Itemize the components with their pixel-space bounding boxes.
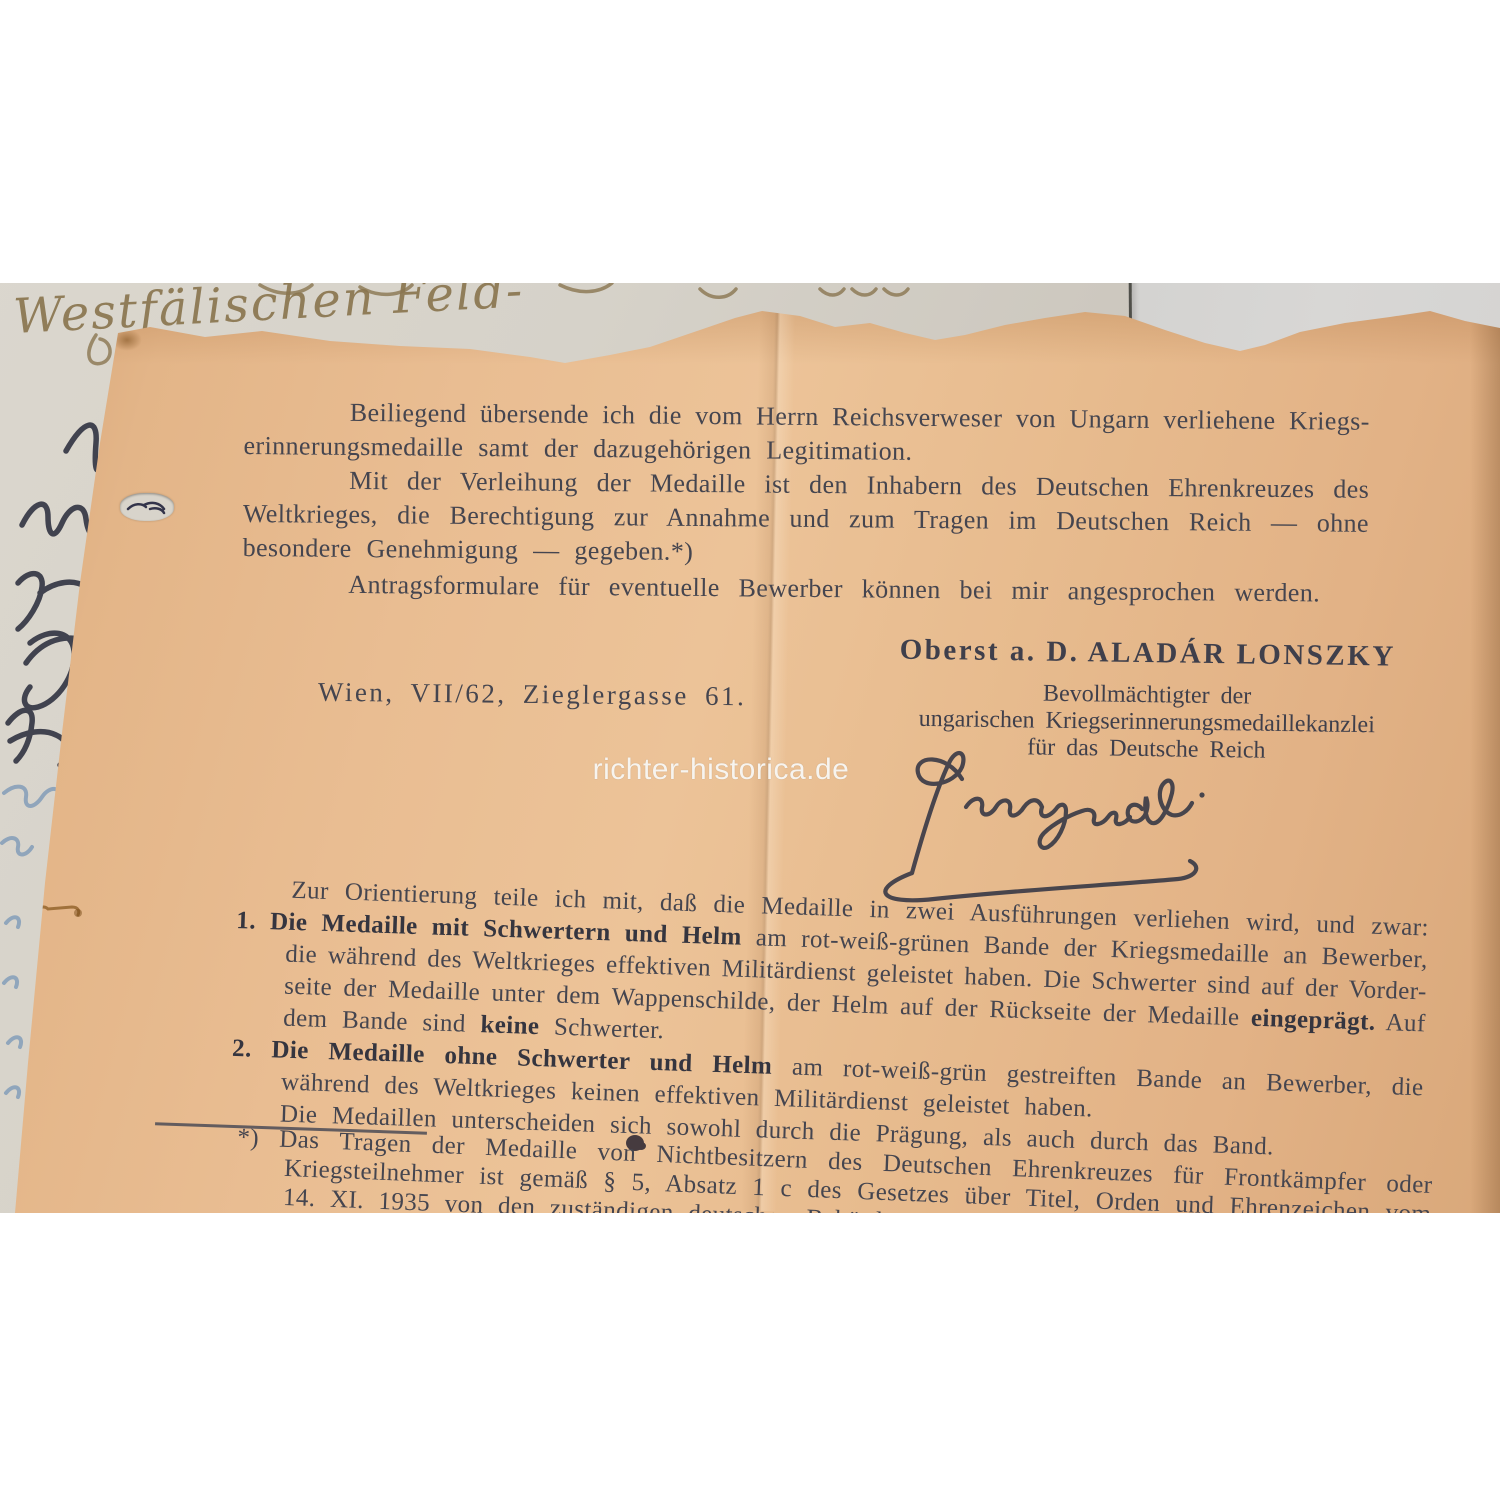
paper-hole: [120, 493, 174, 521]
letter-line-segment: eingeprägt.: [1251, 1005, 1376, 1036]
letter-line-segment: dem Bande sind: [283, 1005, 481, 1039]
letter-line-segment: keine: [480, 1011, 540, 1040]
right-edge-shade: [1470, 283, 1500, 1213]
photo-canvas: Westfälischen Feld-: [0, 0, 1500, 1500]
letter-line: Antragsformulare für eventuelle Bewerber…: [242, 567, 1368, 611]
signature-flourish: [850, 745, 1290, 910]
watermark: richter-historica.de: [586, 753, 856, 787]
orange-letter: Beiliegend übersende ich die vom Herrn R…: [0, 283, 1500, 1213]
letter-body-list: Zur Orientierung teile ich mit, daß die …: [230, 873, 1430, 1168]
photograph: Westfälischen Feld-: [0, 283, 1500, 1213]
hole-scribble: [120, 493, 174, 521]
letter-line-segment: Schwerter.: [539, 1013, 665, 1044]
place-line: Wien, VII/62, Zieglergasse 61.: [318, 677, 747, 712]
letter-line-segment: Auf: [1375, 1009, 1426, 1038]
letter-body-top: Beiliegend übersende ich die vom Herrn R…: [242, 395, 1370, 611]
signer-name: Oberst a. D. ALADÁR LONSZKY: [856, 633, 1440, 674]
